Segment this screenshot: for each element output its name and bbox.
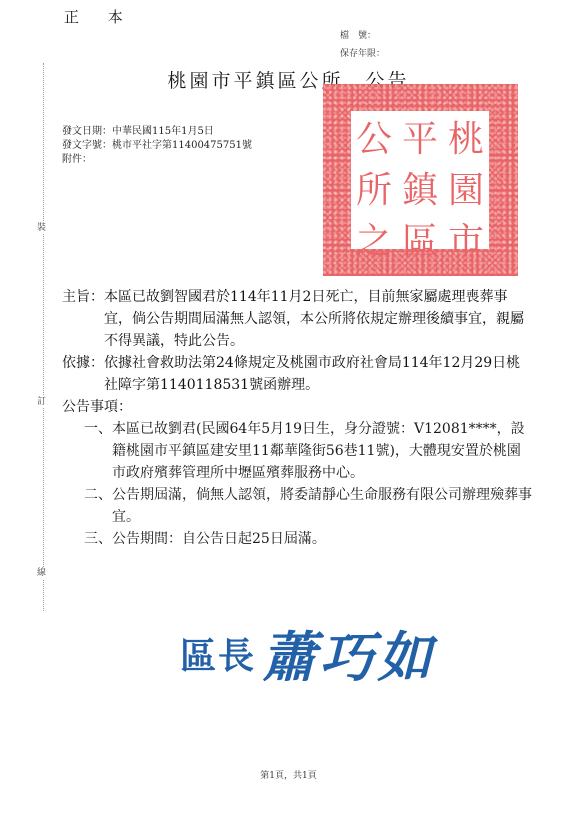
notice-items: 一、 本區已故劉君(民國64年5月19日生，身分證號：V12081****，設籍… [62,418,532,550]
copy-mark: 正 本 [64,6,135,27]
archive-number-label: 檔 號： [340,28,376,41]
binding-label-ding: 訂 [37,396,46,408]
binding-line [43,63,44,611]
seal-char: 所 [351,162,397,213]
seal-char: 之 [351,213,397,264]
signature-name: 蕭巧如 [262,625,436,689]
signature-title: 區長 [180,635,256,677]
page-number: 第1頁，共1頁 [0,768,577,781]
header-fields: 發文日期：中華民國115年1月5日 發文字號：桃市平社字第11400475751… [62,125,252,167]
notice-item: 二、 公告期屆滿，倘無人認領，將委請靜心生命服務有限公司辦理殮葬事宜。 [62,484,532,528]
seal-char: 鎮 [397,162,443,213]
doc-number-row: 發文字號：桃市平社字第11400475751號 [62,139,252,153]
issue-date: 中華民國115年1月5日 [112,126,214,137]
binding-label-xian: 線 [37,567,46,579]
basis-text: 依據社會救助法第24條規定及桃園市政府社會局114年12月29日桃社障字第114… [104,352,532,396]
seal-char: 市 [443,213,489,264]
seal-inner: 桃 園 市 平 鎮 區 公 所 之 [351,111,489,249]
basis-label: 依據： [62,352,104,396]
subject-text: 本區已故劉智國君於114年11月2日死亡，目前無家屬處理喪葬事宜，倘公告期間屆滿… [104,286,532,352]
notice-item: 三、 公告期間：自公告日起25日屆滿。 [62,528,532,550]
attachment-row: 附件： [62,153,252,167]
subject-label: 主旨： [62,286,104,352]
retention-label: 保存年限： [340,46,385,59]
seal-char: 平 [397,111,443,162]
notice-item: 一、 本區已故劉君(民國64年5月19日生，身分證號：V12081****，設籍… [62,418,532,484]
official-seal: 桃 園 市 平 鎮 區 公 所 之 [323,84,518,276]
items-label: 公告事項： [62,396,532,418]
seal-char: 桃 [443,111,489,162]
seal-char: 區 [397,213,443,264]
doc-number: 桃市平社字第11400475751號 [112,140,252,151]
binding-label-zhuang: 裝 [37,222,46,234]
seal-char: 園 [443,162,489,213]
issue-date-row: 發文日期：中華民國115年1月5日 [62,125,252,139]
subject-section: 主旨： 本區已故劉智國君於114年11月2日死亡，目前無家屬處理喪葬事宜，倘公告… [62,286,532,352]
basis-section: 依據： 依據社會救助法第24條規定及桃園市政府社會局114年12月29日桃社障字… [62,352,532,396]
seal-char: 公 [351,111,397,162]
signature-stamp: 區長 蕭巧如 [180,615,436,692]
title-org: 桃園市平鎮區公所 [167,70,343,92]
